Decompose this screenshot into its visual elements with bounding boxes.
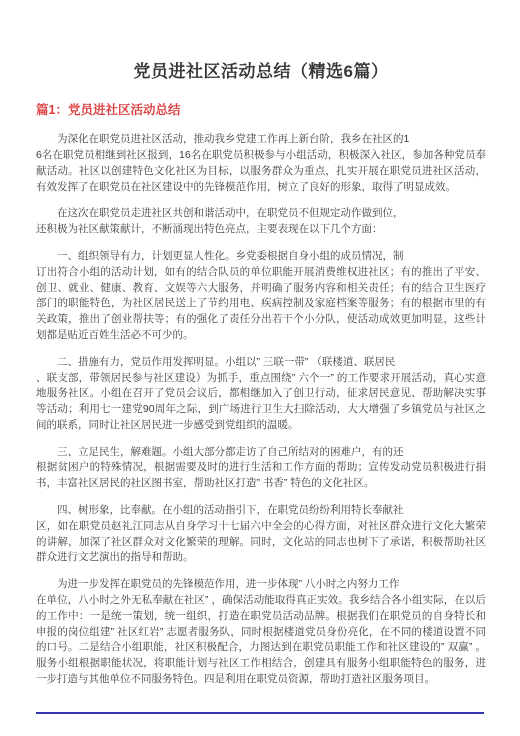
paragraph-conclusion: 为进一步发挥在职党员的先锋模范作用，进一步体现” 八小时之内努力工作 在单位，八…: [36, 577, 486, 688]
paragraph-point-4: 四、树形象，比奉献。在小组的活动指引下，在职党员纷纷利用特长奉献社 区，如在职党…: [36, 503, 486, 566]
bottom-divider-line: [36, 712, 484, 714]
section-1-heading: 篇1：党员进社区活动总结: [36, 102, 486, 120]
paragraph-intro: 为深化在职党员进社区活动，推动我乡党建工作再上新台阶，我乡在社区的1 6名在职党…: [36, 132, 486, 195]
paragraph-point-3: 三、立足民生，解难题。小组大部分都走访了自己所结对的困难户，有的还 根据贫困户的…: [36, 445, 486, 492]
paragraph-point-2: 二、措施有力，党员作用发挥明显。小组以” 三联一带” （联楼道、联居民 、联支部…: [36, 355, 486, 434]
page-title: 党员进社区活动总结（精选6篇）: [36, 60, 486, 85]
paragraph-overview: 在这次在职党员走进社区共创和谐活动中，在职党员不但规定动作做到位， 还积极为社区…: [36, 206, 486, 238]
document-page: 党员进社区活动总结（精选6篇） 篇1：党员进社区活动总结 为深化在职党员进社区活…: [0, 60, 520, 714]
paragraph-point-1: 一、组织领导有力，计划更显人性化。乡党委根据自身小组的成员情况，制 订出符合小组…: [36, 249, 486, 344]
